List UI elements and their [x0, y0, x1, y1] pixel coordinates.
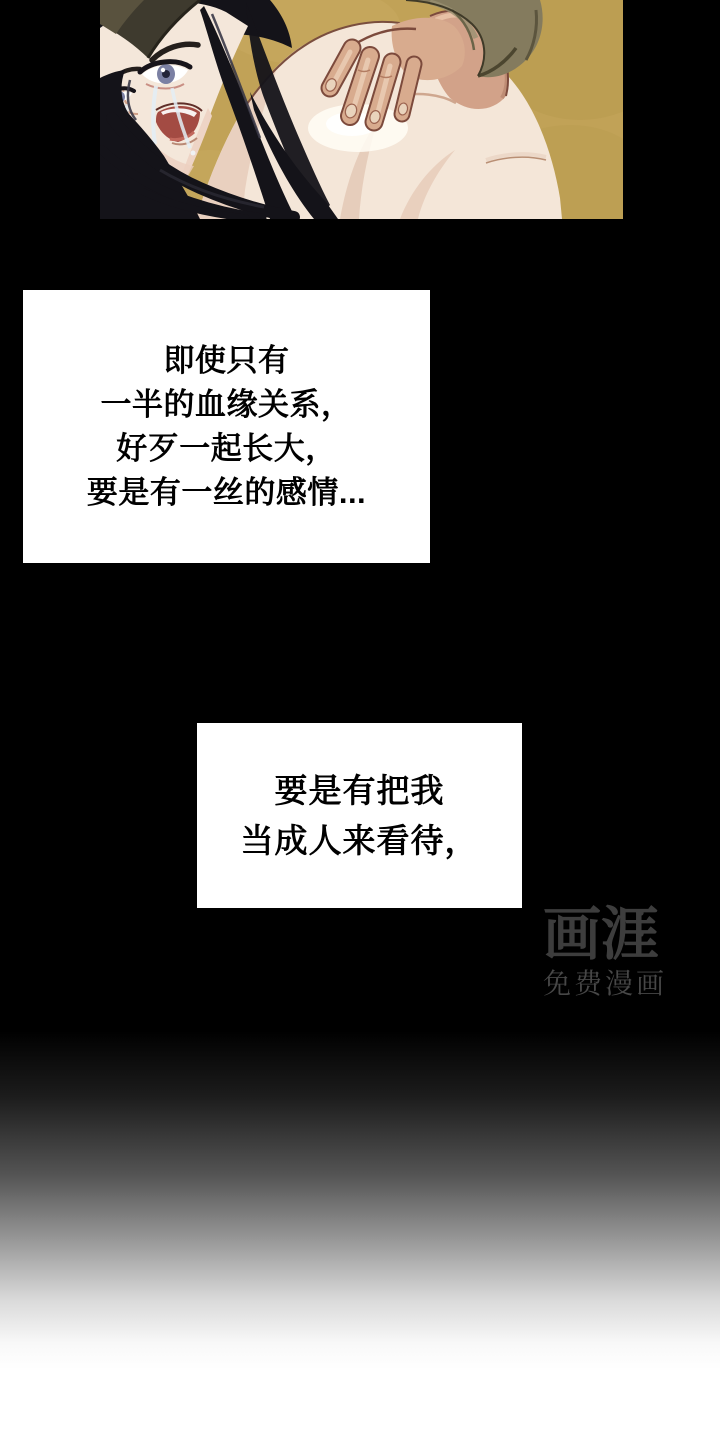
narration-line: 好歹一起长大，	[116, 427, 337, 471]
narration-box-2: 要是有把我 当成人来看待，	[197, 723, 522, 908]
huaya-watermark: 画涯 免费漫画	[543, 903, 703, 999]
narration-line: 一半的血缘关系，	[101, 383, 353, 427]
narration-line: 要是有一丝的感情...	[87, 471, 366, 515]
huaya-logo-text: 画涯	[543, 903, 703, 967]
webtoon-page: 即使只有 一半的血缘关系， 好歹一起长大， 要是有一丝的感情... 要是有把我 …	[0, 0, 720, 1440]
watermark-subtitle: 免费漫画	[543, 969, 703, 999]
narration-box-1: 即使只有 一半的血缘关系， 好歹一起长大， 要是有一丝的感情...	[23, 290, 430, 563]
narration-line: 当成人来看待，	[241, 816, 479, 866]
narration-line: 要是有把我	[275, 766, 445, 816]
bottom-fade-gradient	[0, 1000, 720, 1440]
comic-panel-art	[100, 0, 623, 219]
comic-panel	[100, 0, 623, 219]
narration-line: 即使只有	[164, 339, 290, 383]
